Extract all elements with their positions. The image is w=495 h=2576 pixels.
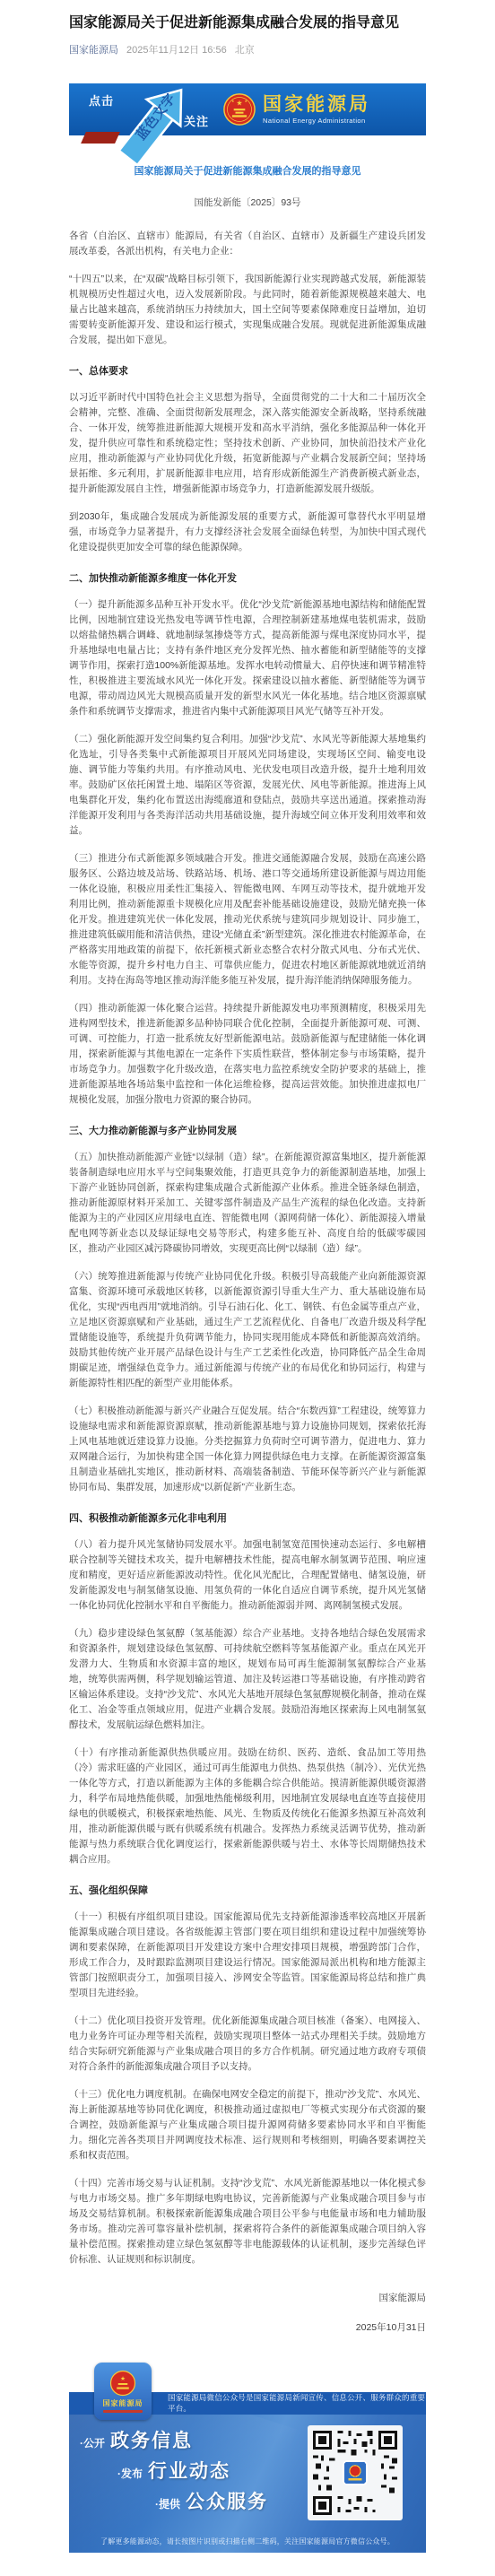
article-page: 国家能源局关于促进新能源集成融合发展的指导意见 国家能源局 2025年11月12…: [69, 0, 426, 2576]
document-title: 国家能源局关于促进新能源集成融合发展的指导意见: [69, 164, 426, 179]
footer-item-label: 行业动态: [148, 2457, 230, 2484]
qr-code[interactable]: [308, 2425, 403, 2520]
national-emblem-icon: ★ ★ ★: [223, 93, 256, 126]
doc-paragraph: （十一）积极有序组织项目建设。国家能源局优先支持新能源渗透率较高地区开展新能源集…: [69, 1910, 426, 2001]
footer-logo-text: 国家能源局: [103, 2398, 143, 2408]
footer-item-prefix: ·发布: [117, 2466, 143, 2481]
doc-paragraph: （十）有序推动新能源供热供暖应用。鼓励在纺织、医药、造纸、食品加工等用热（冷）需…: [69, 1745, 426, 1867]
publish-date: 2025年11月12日 16:56: [126, 42, 227, 57]
signature-org: 国家能源局: [69, 2291, 426, 2304]
svg-text:★: ★: [236, 100, 242, 108]
doc-paragraph: （十四）完善市场交易与认证机制。支持“沙戈荒”、水风光新能源基地以一体化模式参与…: [69, 2176, 426, 2267]
footer-item-label: 公众服务: [186, 2487, 268, 2514]
banner-org-name-cn: 国家能源局: [263, 95, 370, 115]
doc-paragraph: （四）推动新能源一体化聚合运营。持续提升新能源发电功率预测精度，积极采用先进构网…: [69, 1001, 426, 1108]
doc-paragraph: （七）积极推动新能源与新兴产业融合互促发展。结合“东数西算”工程建设，统筹算力设…: [69, 1404, 426, 1495]
signature-date: 2025年10月31日: [69, 2320, 426, 2334]
doc-paragraph: （九）稳步建设绿色氢氨醇（氢基能源）综合产业基地。支持各地结合绿色发展需求和资源…: [69, 1626, 426, 1733]
section-heading: 五、强化组织保障: [69, 1883, 426, 1897]
blue-arrow-icon: 蓝色文字: [112, 65, 211, 152]
doc-paragraph: （三）推进分布式新能源多领域融合开发。推进交通能源融合发展，鼓励在高速公路服务区…: [69, 851, 426, 988]
footer-qr-hint: 了解更多能源动态，请长按图片识别或扫描右侧二维码，关注国家能源局官方微信公众号。: [69, 2537, 426, 2546]
footer-item-label: 政务信息: [110, 2426, 193, 2453]
footer-banner-image[interactable]: ★ 国家能源局 国家能源局微信公众号是国家能源局新闻宣传、信息公开、服务群众的重…: [69, 2363, 426, 2553]
section-heading: 四、积极推动新能源多元化非电利用: [69, 1510, 426, 1525]
doc-salutation: 各省（自治区、直辖市）能源局，有关省（自治区、直辖市）及新疆生产建设兵团发展改革…: [69, 229, 426, 259]
doc-paragraph: （二）强化新能源开发空间集约复合利用。加强“沙戈荒”、水风光等新能源大基地集约化…: [69, 732, 426, 839]
doc-paragraph: （一）提升新能源多品种互补开发水平。优化“沙戈荒”新能源基地电源结构和储能配置比…: [69, 597, 426, 719]
doc-paragraph: （六）统筹推进新能源与传统产业协同优化升级。积极引导高载能产业向新能源资源富集、…: [69, 1269, 426, 1391]
banner-org-name-en: National Energy Administration: [263, 117, 370, 125]
svg-text:★: ★: [120, 2376, 126, 2382]
header-banner-image[interactable]: 点击 关注 蓝色文字 ★ ★ ★ 国家能源局 National Energ: [69, 83, 426, 135]
doc-paragraph: （八）着力提升风光氢储协同发展水平。加强电制氢宽范围快速动态运行、多电解槽联合控…: [69, 1537, 426, 1614]
doc-intro-paragraph: “十四五”以来，在“双碳”战略目标引领下，我国新能源行业实现跨越式发展，新能源装…: [69, 272, 426, 348]
account-name-link[interactable]: 国家能源局: [69, 42, 118, 57]
banner-click-label: 点击: [89, 91, 114, 109]
byline: 国家能源局 2025年11月12日 16:56 北京: [69, 42, 426, 57]
footer-logo-underline: [103, 2410, 143, 2413]
footer-emblem-icon: ★: [109, 2370, 136, 2397]
publish-location: 北京: [235, 42, 255, 57]
footer-tagline: 国家能源局微信公众号是国家能源局新闻宣传、信息公开、服务群众的重要平台。: [168, 2392, 426, 2414]
svg-text:★: ★: [245, 100, 247, 103]
section-heading: 三、大力推动新能源与多产业协同发展: [69, 1123, 426, 1137]
svg-text:★: ★: [231, 100, 234, 103]
section-heading: 二、加快推动新能源多维度一体化开发: [69, 570, 426, 585]
page-title: 国家能源局关于促进新能源集成融合发展的指导意见: [69, 13, 426, 33]
doc-paragraph: （五）加快推动新能源产业链“以绿制（造）绿”。在新能源资源富集地区，提升新能源装…: [69, 1150, 426, 1257]
doc-paragraph: 以习近平新时代中国特色社会主义思想为指导，全面贯彻党的二十大和二十届历次全会精神…: [69, 390, 426, 497]
document-number: 国能发新能〔2025〕93号: [69, 196, 426, 209]
banner-org-block: ★ ★ ★ 国家能源局 National Energy Administrati…: [223, 93, 370, 126]
footer-main-banner: ·公开 政务信息 ·发布 行业动态 ·提供 公众服务: [69, 2415, 426, 2553]
footer-item-prefix: ·公开: [80, 2435, 105, 2450]
doc-paragraph: （十三）优化电力调度机制。在确保电网安全稳定的前提下，推动“沙戈荒”、水风光、海…: [69, 2087, 426, 2163]
footer-app-logo: ★ 国家能源局: [94, 2363, 152, 2420]
doc-paragraph: （十二）优化项目投资开发管理。优化新能源集成融合项目核准（备案）、电网接入、电力…: [69, 2014, 426, 2075]
footer-item-prefix: ·提供: [155, 2496, 180, 2511]
doc-sections: 一、总体要求以习近平新时代中国特色社会主义思想为指导，全面贯彻党的二十大和二十届…: [69, 363, 426, 2267]
doc-paragraph: 到2030年，集成融合发展成为新能源发展的重要方式，新能源可靠替代水平明显增强，…: [69, 509, 426, 555]
section-heading: 一、总体要求: [69, 363, 426, 378]
